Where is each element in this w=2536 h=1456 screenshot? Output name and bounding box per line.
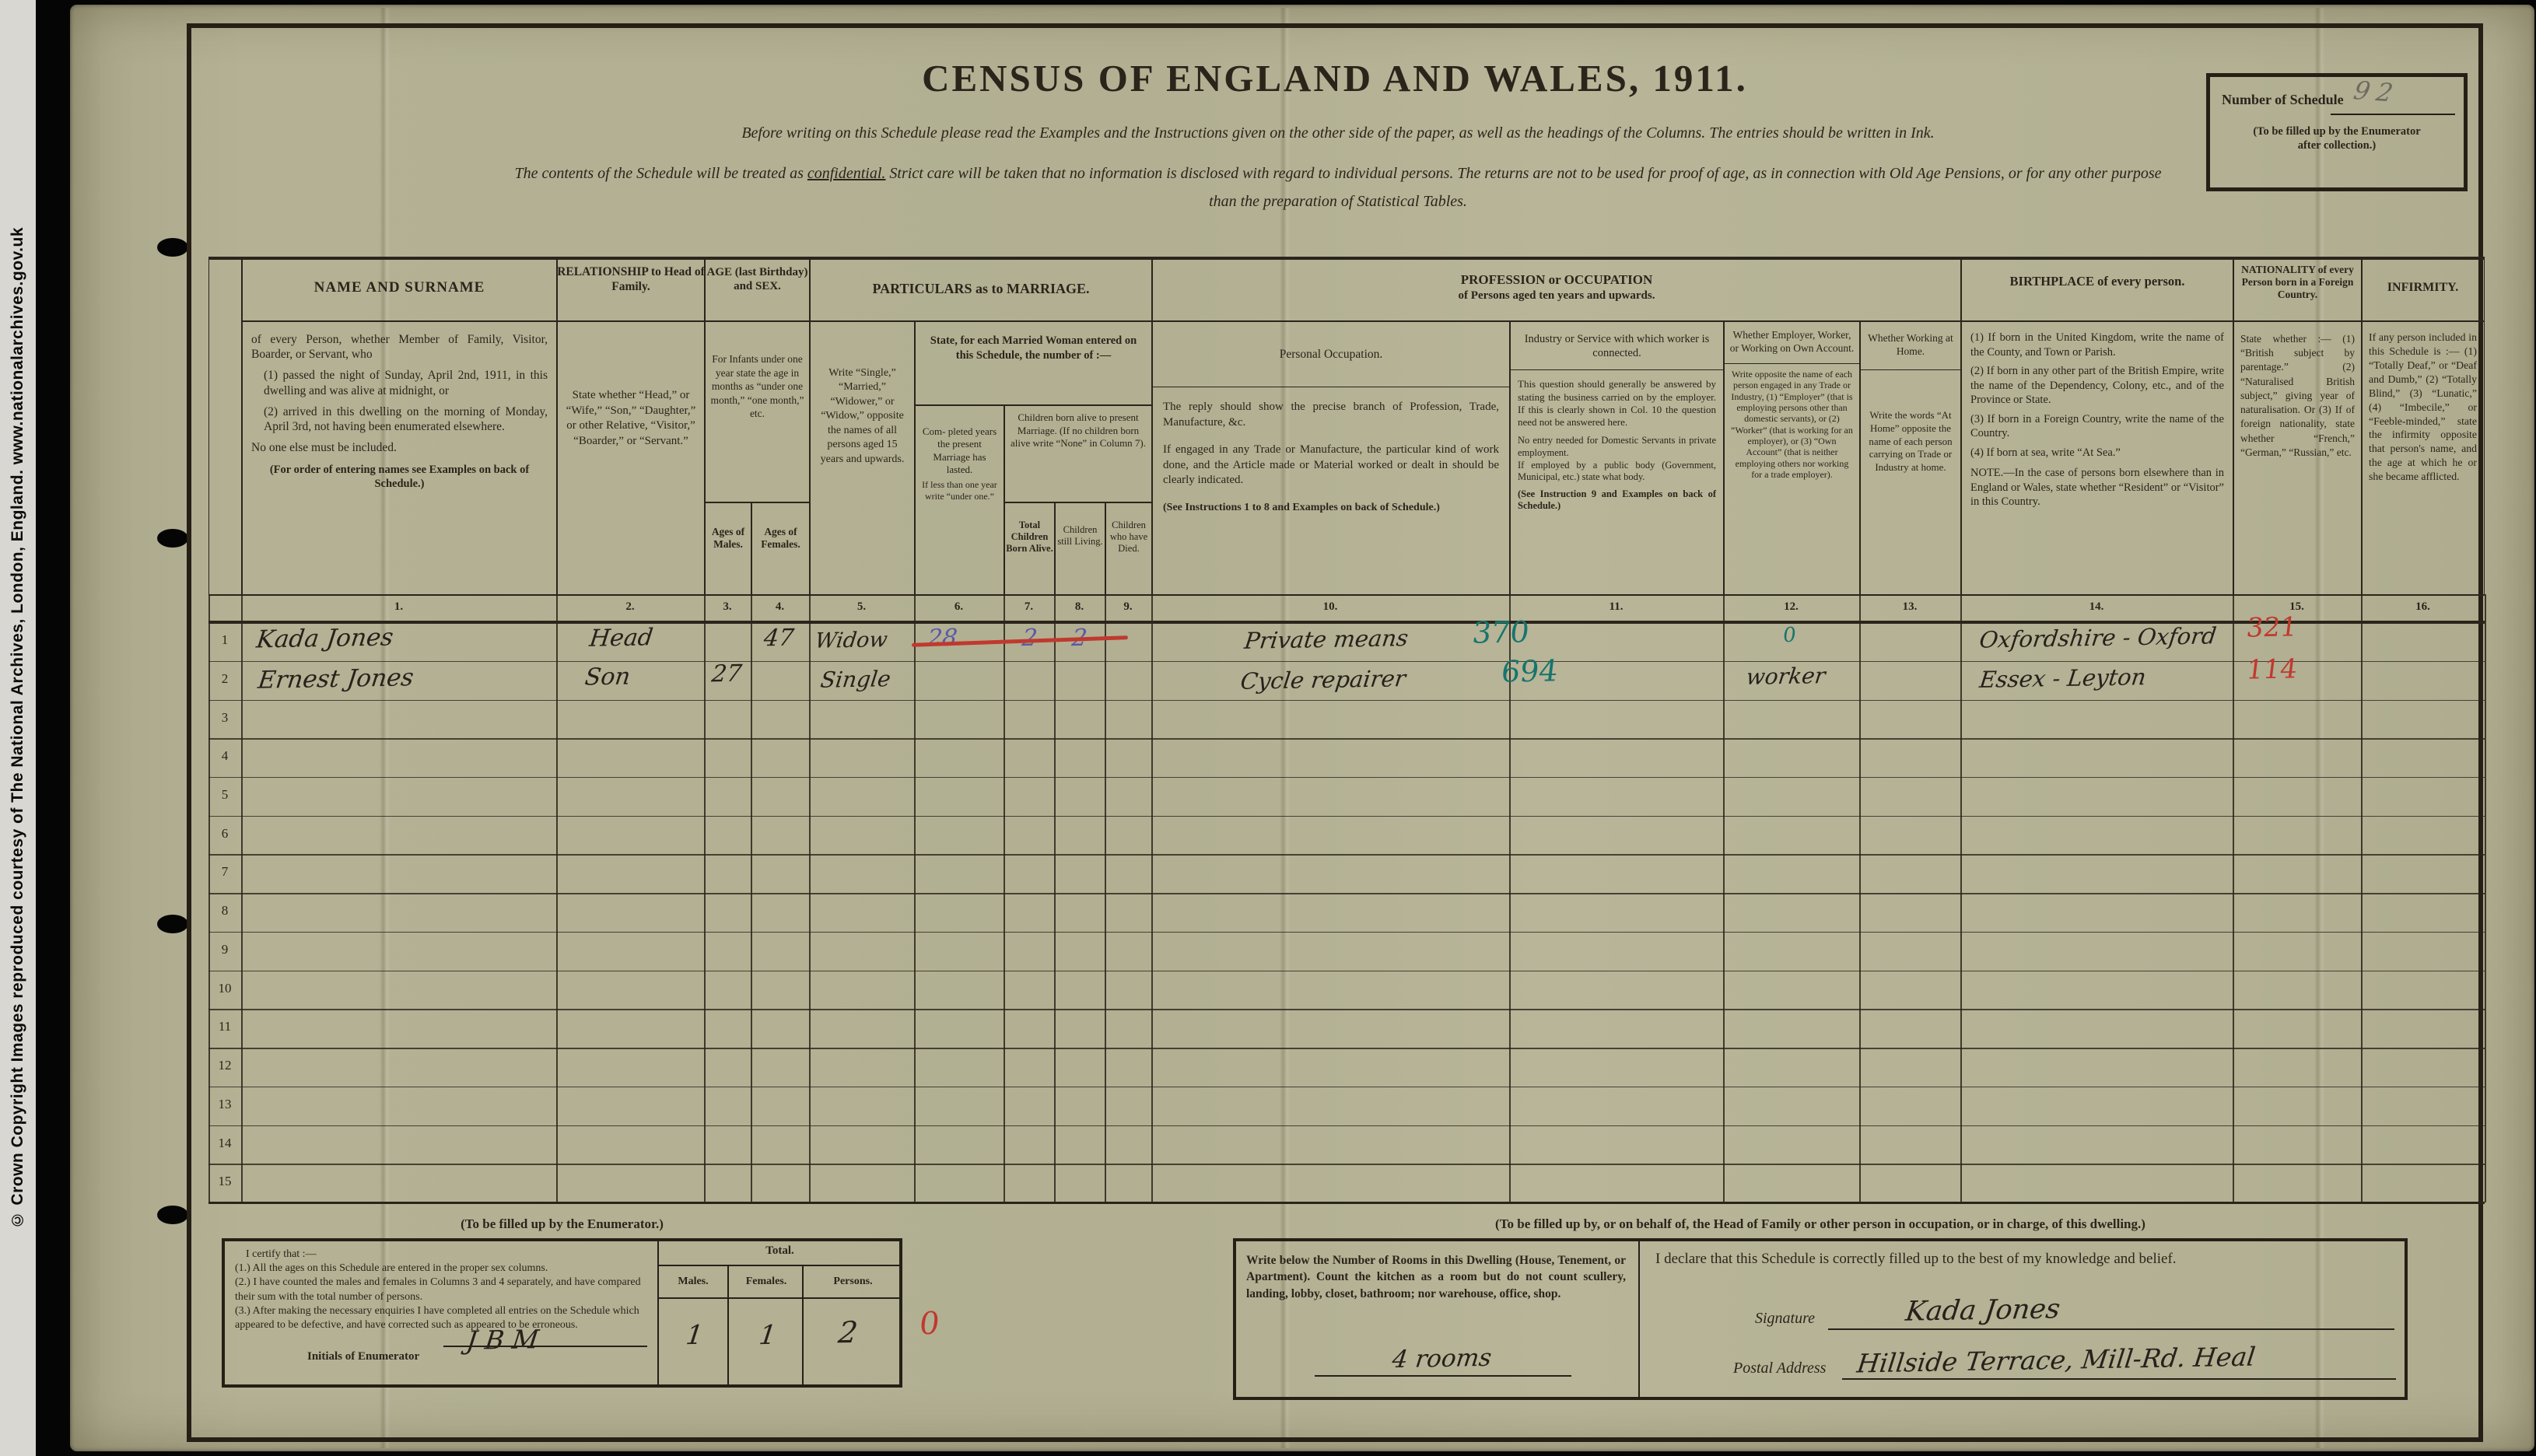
col10-body: The reply should show the precise branch… xyxy=(1152,387,1510,515)
grid-vline xyxy=(2233,594,2234,1202)
col16-body: If any person included in this Schedule … xyxy=(2361,320,2485,596)
grid-vline xyxy=(556,594,558,1202)
punch-hole xyxy=(157,529,188,548)
row-number: 5 xyxy=(208,787,241,803)
number-row-top-rule xyxy=(208,594,2485,596)
total-females-value: 1 xyxy=(758,1322,778,1349)
punch-hole xyxy=(157,238,188,257)
entry-name-row2: Ernest Jones xyxy=(257,666,415,692)
signature-line xyxy=(1828,1328,2394,1330)
entry-occupation-row2: Cycle repairer xyxy=(1239,667,1407,693)
age-infants-note: For Infants under one year state the age… xyxy=(704,320,811,503)
census-schedule-scan: © Crown Copyright Images reproduced cour… xyxy=(0,0,2536,1456)
total-title-rule xyxy=(657,1265,902,1266)
grid-vline xyxy=(751,594,752,1202)
col12-cell: Whether Employer, Worker, or Working on … xyxy=(1723,320,1861,596)
col14-title: BIRTHPLACE of every person. xyxy=(1960,258,2234,322)
grid-hline xyxy=(208,1009,2485,1010)
col2-body: State whether “Head,” or “Wife,” “Son,” … xyxy=(556,320,706,596)
col3-males-head: Ages of Males. xyxy=(704,502,752,596)
row-number: 9 xyxy=(208,942,241,957)
postal-address-line xyxy=(1842,1378,2396,1380)
grid-hline xyxy=(208,1202,2485,1204)
column-number: 1. xyxy=(241,600,556,614)
column-number: 2. xyxy=(556,600,704,614)
col15-title: NATIONALITY of every Person born in a Fo… xyxy=(2233,258,2363,322)
column-number: 5. xyxy=(809,600,914,614)
grid-hline xyxy=(208,1164,2485,1165)
entry-birthplace-row1: Oxfordshire - Oxford xyxy=(1978,625,2218,651)
instruction-line-1: Before writing on this Schedule please r… xyxy=(264,124,2412,142)
punch-hole xyxy=(157,1206,188,1224)
punch-hole xyxy=(157,915,188,933)
householder-caption: (To be filled up by, or on behalf of, th… xyxy=(1233,1216,2408,1232)
col12-title: Whether Employer, Worker, or Working on … xyxy=(1724,321,1860,364)
row-number: 15 xyxy=(208,1174,241,1189)
entry-birthplace-row2: Essex - Leyton xyxy=(1978,666,2147,691)
total-title: Total. xyxy=(657,1244,902,1258)
rooms-instruction: Write below the Number of Rooms in this … xyxy=(1246,1252,1626,1302)
row-number: 6 xyxy=(208,826,241,842)
col13-body: Write the words “At Home” opposite the n… xyxy=(1860,370,1961,474)
col11-cell: Industry or Service with which worker is… xyxy=(1509,320,1725,596)
row-number: 3 xyxy=(208,710,241,726)
col7-9-head: Children born alive to present Marriage.… xyxy=(1004,404,1153,503)
col14-body: (1) If born in the United Kingdom, write… xyxy=(1960,320,2234,596)
grid-hline xyxy=(208,1125,2485,1127)
grid-hline xyxy=(208,700,2485,702)
column-number: 6. xyxy=(914,600,1004,614)
row-number: 7 xyxy=(208,864,241,880)
entry-employment-row1: 0 xyxy=(1781,625,1797,646)
initials-label: Initials of Enumerator xyxy=(307,1350,419,1363)
column-number: 4. xyxy=(751,600,809,614)
row-number: 2 xyxy=(208,671,241,687)
column-number: 7. xyxy=(1004,600,1054,614)
column-number: 8. xyxy=(1054,600,1105,614)
postal-address-value: Hillside Terrace, Mill-Rd. Heal xyxy=(1855,1344,2257,1377)
total-males-value: 1 xyxy=(685,1322,705,1349)
instruction-line-2: The contents of the Schedule will be tre… xyxy=(264,165,2412,183)
entry-employment-row2: worker xyxy=(1745,665,1827,688)
grid-hline xyxy=(208,932,2485,933)
initials-value: J B M xyxy=(465,1326,541,1353)
grid-vline xyxy=(2485,594,2486,1202)
col10-title: Personal Occupation. xyxy=(1152,321,1510,387)
grid-vline xyxy=(704,594,706,1202)
row-number: 11 xyxy=(208,1019,241,1034)
grid-hline xyxy=(208,1048,2485,1049)
col16-title: INFIRMITY. xyxy=(2361,258,2485,322)
grid-hline xyxy=(208,777,2485,779)
column-number: 10. xyxy=(1151,600,1509,614)
enumerator-box-divider xyxy=(657,1238,659,1388)
confidential-word: confidential. xyxy=(807,165,886,182)
grid-vline xyxy=(1960,594,1962,1202)
col3-4-title: AGE (last Birthday) and SEX. xyxy=(704,258,811,322)
grid-vline xyxy=(1151,594,1153,1202)
row-number: 12 xyxy=(208,1058,241,1073)
grid-hline xyxy=(208,661,2485,663)
marriage-group-title: PARTICULARS as to MARRIAGE. xyxy=(809,258,1153,322)
col12-body: Write opposite the name of each person e… xyxy=(1724,364,1860,481)
grid-vline xyxy=(1859,594,1861,1202)
column-number: 9. xyxy=(1105,600,1151,614)
col6-9-head: State, for each Married Woman entered on… xyxy=(914,320,1153,406)
rooms-value: 4 rooms xyxy=(1391,1346,1493,1372)
grid-vline xyxy=(914,594,916,1202)
entry-relationship-row2: Son xyxy=(583,665,632,689)
col11-body: This question should generally be answer… xyxy=(1510,370,1724,513)
row-number: 1 xyxy=(208,632,241,648)
total-col-divider xyxy=(727,1265,729,1388)
signature-value: Kada Jones xyxy=(1904,1296,2061,1325)
rooms-line xyxy=(1315,1375,1571,1377)
schedule-number-note: (To be filled up by the Enumeratorafter … xyxy=(2214,124,2460,152)
occupation-group-title: PROFESSION or OCCUPATION of Persons aged… xyxy=(1151,258,1962,322)
total-head-rule xyxy=(657,1297,902,1299)
row-number: 10 xyxy=(208,981,241,996)
grid-vline xyxy=(2361,594,2363,1202)
table-top-rule xyxy=(208,257,2485,260)
persons-label: Persons. xyxy=(804,1276,902,1288)
col15-body: State whether :— (1) “British subject by… xyxy=(2233,320,2363,596)
grid-vline xyxy=(809,594,811,1202)
schedule-number-value: 92 xyxy=(2352,78,2402,106)
enumerator-certification: I certify that :— (1.) All the ages on t… xyxy=(235,1248,649,1332)
grid-hline xyxy=(208,738,2485,740)
schedule-number-label: Number of Schedule xyxy=(2222,92,2344,108)
postal-address-label: Postal Address xyxy=(1733,1360,1826,1377)
row-number: 4 xyxy=(208,748,241,764)
red-zero-mark: 0 xyxy=(918,1308,941,1339)
col7-head: Total Children Born Alive. xyxy=(1004,502,1056,596)
grid-hline xyxy=(208,893,2485,894)
occupation-code-row2: 694 xyxy=(1500,656,1560,686)
grid-vline xyxy=(1723,594,1725,1202)
column-number: 12. xyxy=(1723,600,1859,614)
occupation-code-row1: 370 xyxy=(1471,617,1531,647)
row-number: 14 xyxy=(208,1136,241,1151)
col5-body: Write “Single,” “Married,” “Widower,” or… xyxy=(809,320,916,596)
col13-cell: Whether Working at Home. Write the words… xyxy=(1859,320,1962,596)
col11-title: Industry or Service with which worker is… xyxy=(1510,321,1724,370)
females-label: Females. xyxy=(729,1276,804,1288)
nationality-code-row2: 114 xyxy=(2245,656,2299,683)
entry-condition-row2: Single xyxy=(819,668,891,691)
entry-marriage-years-row1: 28 xyxy=(926,627,958,651)
col1-title: NAME AND SURNAME xyxy=(241,258,558,322)
col4-females-head: Ages of Females. xyxy=(751,502,811,596)
column-number: 14. xyxy=(1960,600,2233,614)
signature-label: Signature xyxy=(1755,1310,1815,1328)
col10-cell: Personal Occupation. The reply should sh… xyxy=(1151,320,1511,596)
declaration-text: I declare that this Schedule is correctl… xyxy=(1655,1251,2394,1268)
col1-body: of every Person, whether Member of Famil… xyxy=(241,320,558,596)
grid-vline xyxy=(1105,594,1106,1202)
males-label: Males. xyxy=(657,1276,729,1288)
total-persons-value: 2 xyxy=(837,1318,860,1347)
entry-age-male-row2: 27 xyxy=(710,663,743,687)
householder-box-divider xyxy=(1638,1238,1640,1400)
total-col-divider xyxy=(802,1265,804,1388)
column-number: 16. xyxy=(2361,600,2485,614)
entry-condition-row1: Widow xyxy=(814,629,888,652)
grid-vline xyxy=(1054,594,1056,1202)
entry-age-female-row1: 47 xyxy=(762,627,795,651)
col2-title: RELATIONSHIP to Head of Family. xyxy=(556,258,706,322)
schedule-number-line xyxy=(2331,114,2455,115)
entry-relationship-row1: Head xyxy=(588,626,654,650)
col8-head: Children still Living. xyxy=(1054,502,1106,596)
column-number: 3. xyxy=(704,600,751,614)
grid-hline xyxy=(208,1087,2485,1088)
form-title: CENSUS OF ENGLAND AND WALES, 1911. xyxy=(187,56,2483,100)
row-number: 13 xyxy=(208,1097,241,1112)
grid-hline xyxy=(208,971,2485,972)
col6-body: Com- pleted years the present Marriage h… xyxy=(914,404,1005,596)
grid-hline xyxy=(208,816,2485,817)
column-number: 11. xyxy=(1509,600,1723,614)
row-number: 8 xyxy=(208,903,241,919)
entry-name-row1: Kada Jones xyxy=(255,625,394,652)
grid-hline xyxy=(208,854,2485,856)
copyright-text: © Crown Copyright Images reproduced cour… xyxy=(9,227,27,1228)
column-number: 13. xyxy=(1859,600,1960,614)
instruction-line-3: than the preparation of Statistical Tabl… xyxy=(264,193,2412,211)
col13-title: Whether Working at Home. xyxy=(1860,321,1961,370)
entry-occupation-row1: Private means xyxy=(1243,627,1410,653)
nationality-code-row1: 321 xyxy=(2245,614,2299,641)
enumerator-caption: (To be filled up by the Enumerator.) xyxy=(222,1216,902,1232)
grid-vline xyxy=(241,594,243,1202)
row-number-column-head xyxy=(208,258,243,596)
grid-vline xyxy=(1004,594,1005,1202)
copyright-strip: © Crown Copyright Images reproduced cour… xyxy=(0,0,36,1456)
col9-head: Children who have Died. xyxy=(1105,502,1153,596)
